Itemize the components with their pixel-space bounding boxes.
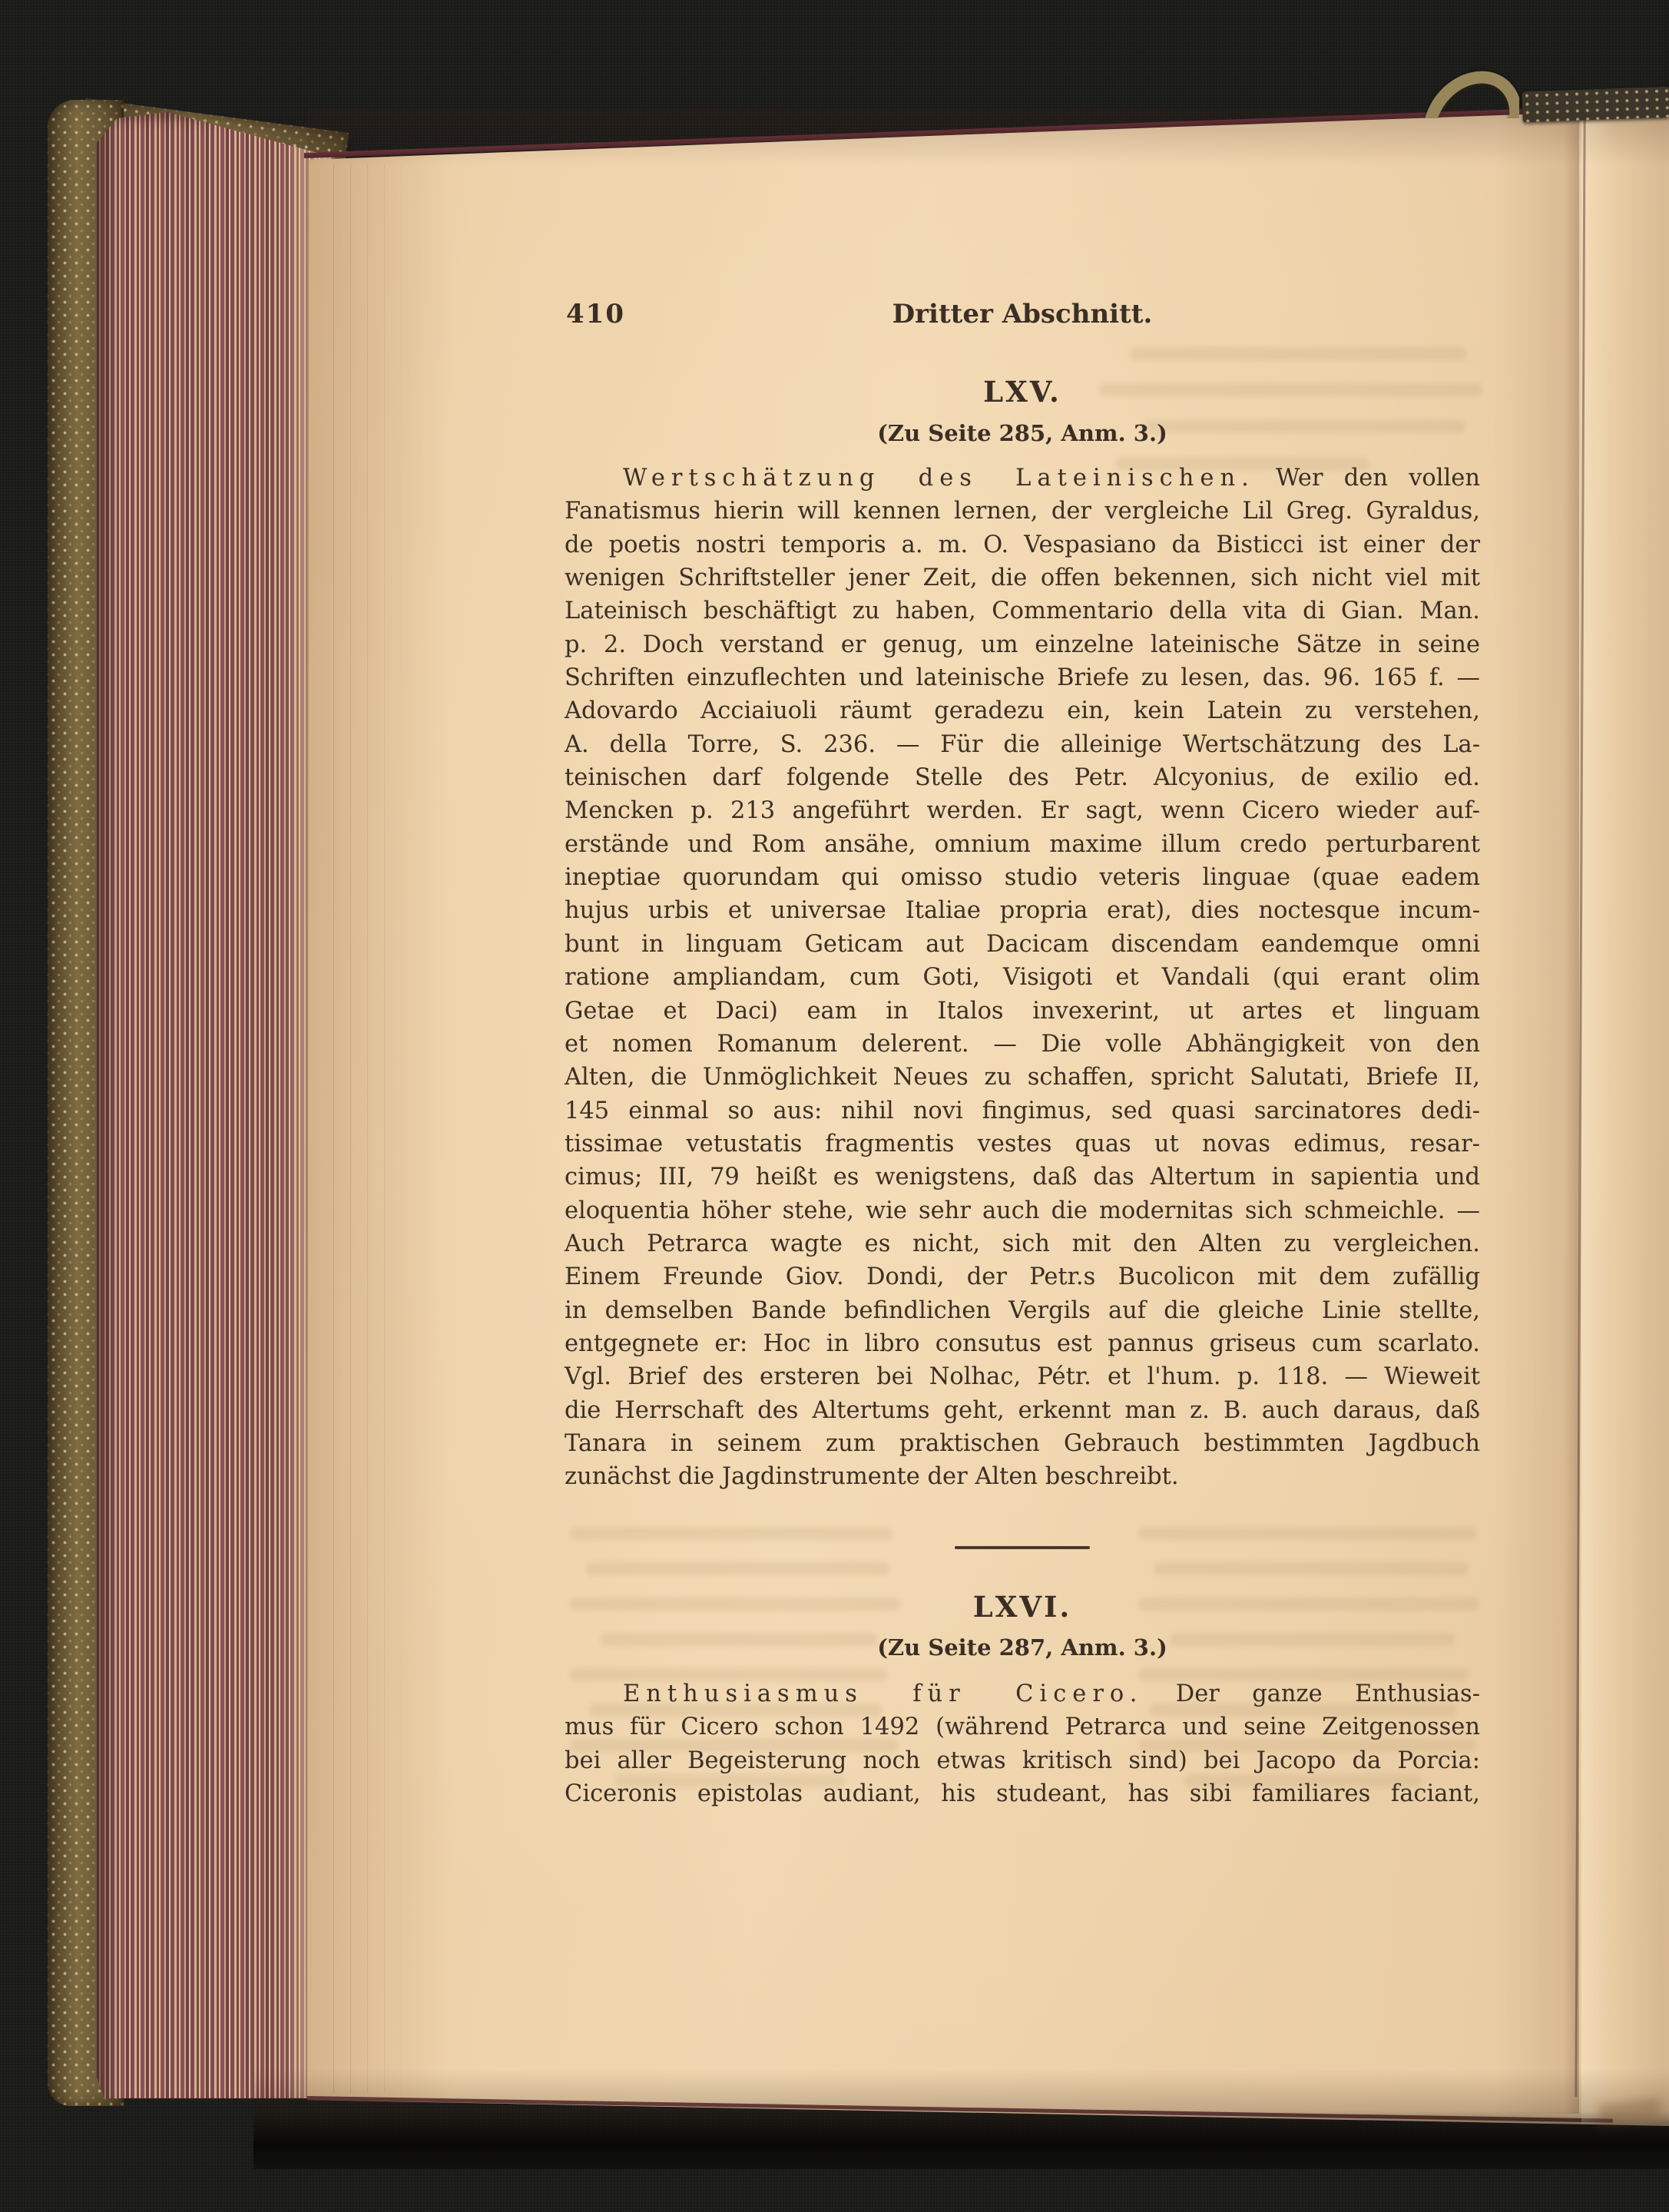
text-line: Lateinisch beschäftigt zu haben, Comment… [565,594,1480,628]
text-line: wenigen Schriftsteller jener Zeit, die o… [565,561,1480,594]
section-divider-rule [955,1546,1090,1549]
fore-edge-page-stack [97,112,332,2098]
text-line: p. 2. Doch verstand er genug, um einzeln… [565,628,1480,661]
section-heading-lxvi: LXVI. [565,1590,1480,1624]
section-body-lxvi: Enthusiasmus für Cicero. Der ganze Enthu… [565,1677,1480,1810]
text-line: Vgl. Brief des ersteren bei Nolhac, Pétr… [565,1360,1480,1393]
text-line: Alten, die Unmöglichkeit Neues zu schaff… [565,1061,1480,1094]
text-line: de poetis nostri temporis a. m. O. Vespa… [565,528,1480,561]
text-line: hujus urbis et universae Italiae propria… [565,894,1480,927]
page-header: 410 Dritter Abschnitt. [565,299,1480,334]
text-line: 145 einmal so aus: nihil novi fingimus, … [565,1094,1480,1128]
text-line: Enthusiasmus für Cicero. Der ganze Enthu… [565,1677,1480,1710]
text-line: in demselben Bande befindlichen Vergils … [565,1294,1480,1327]
text-line: Einem Freunde Giov. Dondi, der Petr.s Bu… [565,1260,1480,1293]
facing-page-curve [1581,103,1669,2124]
text-line: tissimae vetustatis fragmentis vestes qu… [565,1128,1480,1161]
page-text-column: 410 Dritter Abschnitt. LXV. (Zu Seite 28… [565,0,1480,2212]
section-subheading-lxv: (Zu Seite 285, Anm. 3.) [565,420,1480,446]
gutter-shadow [1493,108,1579,2114]
section-body-lxv: Wertschätzung des Lateinischen. Wer den … [565,462,1480,1494]
page-number: 410 [566,299,625,329]
text-line: Schriften einzuflechten und lateinische … [565,661,1480,694]
text-line: ratione ampliandam, cum Goti, Visigoti e… [565,961,1480,994]
text-line: ineptiae quorundam qui omisso studio vet… [565,861,1480,894]
text-line: eloquentia höher stehe, wie sehr auch di… [565,1194,1480,1227]
text-line: et nomen Romanum delerent. — Die volle A… [565,1028,1480,1061]
text-line: teinischen darf folgende Stelle des Petr… [565,761,1480,794]
text-line: Adovardo Acciaiuoli räumt geradezu ein, … [565,694,1480,727]
text-line: Tanara in seinem zum praktischen Gebrauc… [565,1427,1480,1460]
text-line: mus für Cicero schon 1492 (während Petra… [565,1710,1480,1743]
text-line: Mencken p. 213 angeführt werden. Er sagt… [565,794,1480,827]
text-line: cimus; III, 79 heißt es wenigstens, daß … [565,1161,1480,1194]
text-line: A. della Torre, S. 236. — Für die allein… [565,728,1480,761]
spaced-emphasis: Wertschätzung des Lateinischen. [623,465,1255,492]
text-line: entgegnete er: Hoc in libro consutus est… [565,1327,1480,1360]
spaced-emphasis: Enthusiasmus für Cicero. [623,1681,1143,1707]
section-subheading-lxvi: (Zu Seite 287, Anm. 3.) [565,1634,1480,1661]
text-line: Ciceronis epistolas audiant, his studean… [565,1777,1480,1810]
book-photo: 410 Dritter Abschnitt. LXV. (Zu Seite 28… [0,0,1669,2212]
text-line: bei aller Begeisterung noch etwas kritis… [565,1744,1480,1777]
running-head: Dritter Abschnitt. [565,299,1480,329]
text-line: Getae et Daci) eam in Italos invexerint,… [565,995,1480,1028]
headband [1522,87,1669,123]
section-heading-lxv: LXV. [565,375,1480,409]
text-line: zunächst die Jagdinstrumente der Alten b… [565,1460,1480,1493]
text-line: die Herrschaft des Altertums geht, erken… [565,1394,1480,1427]
text-line: bunt in linguam Geticam aut Dacicam disc… [565,928,1480,961]
text-line: erstände und Rom ansähe, omnium maxime i… [565,828,1480,861]
text-line: Wertschätzung des Lateinischen. Wer den … [565,462,1480,495]
page-edge-hairlines [333,164,419,2094]
text-line: Fanatismus hierin will kennen lernen, de… [565,495,1480,528]
text-line: Auch Petrarca wagte es nicht, sich mit d… [565,1227,1480,1260]
